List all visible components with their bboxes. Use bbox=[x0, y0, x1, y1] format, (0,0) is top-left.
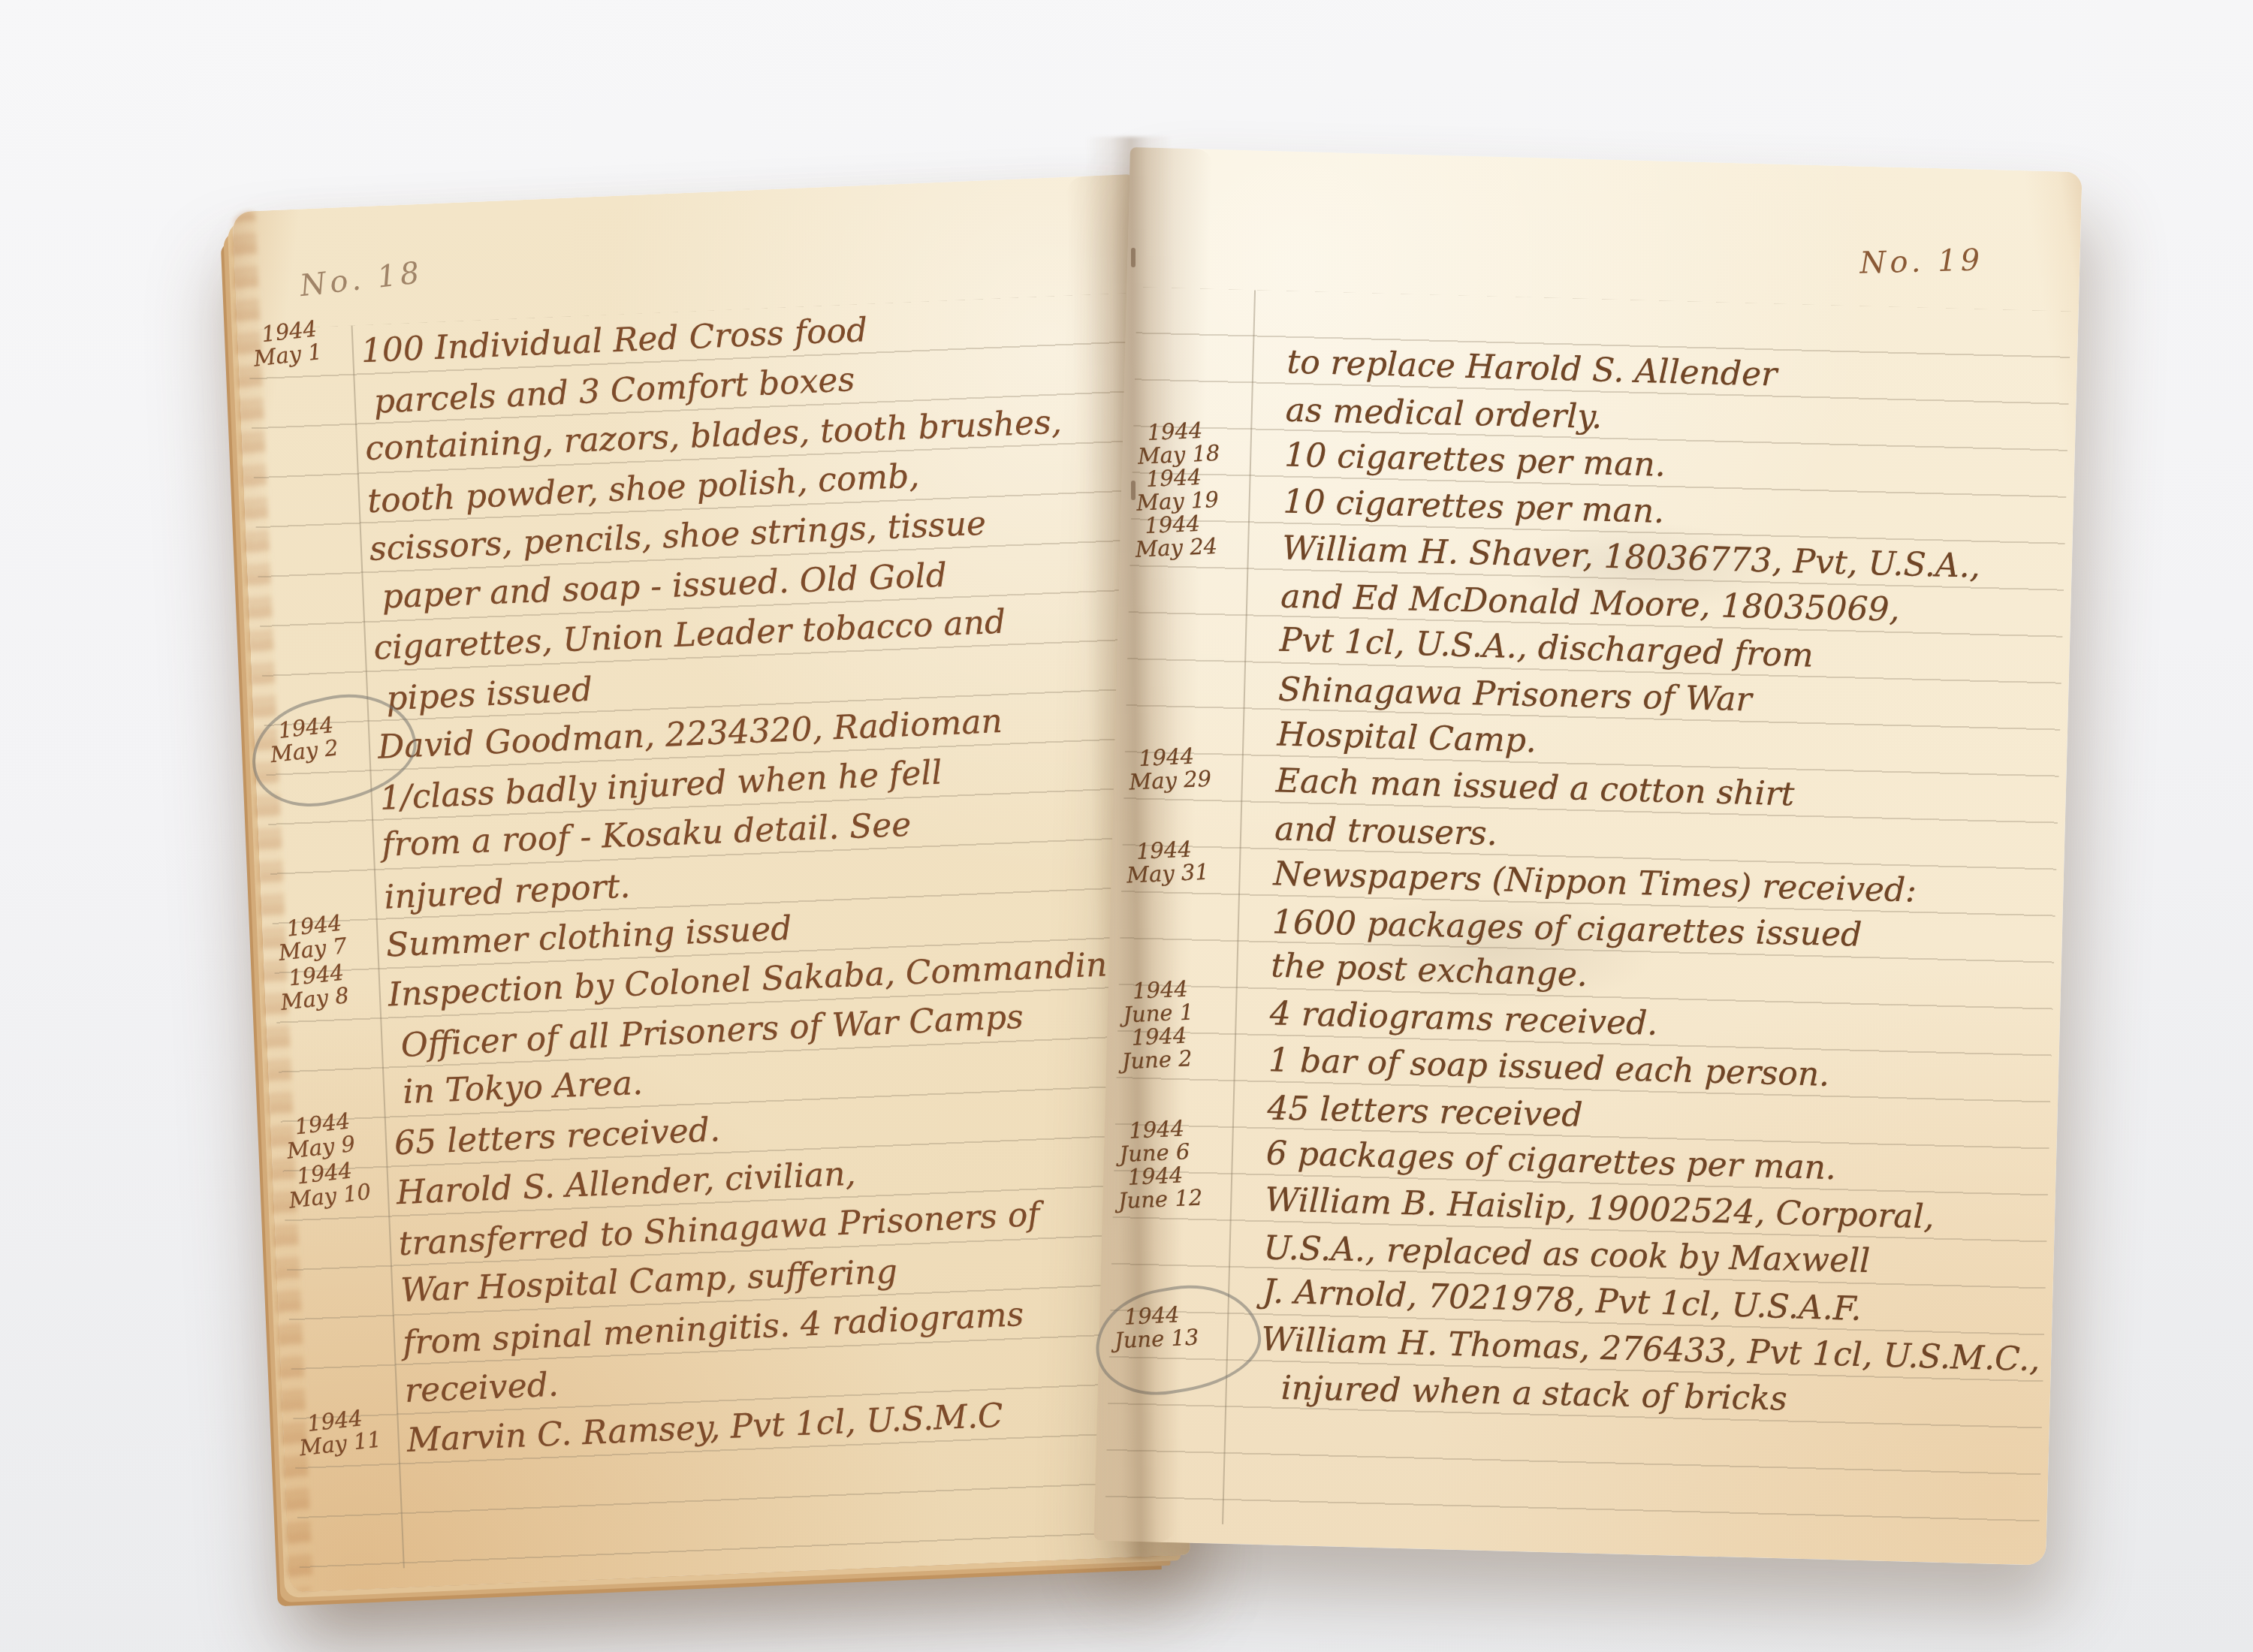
entry-date: 1944May 8 bbox=[278, 968, 381, 1014]
entry-day: June 2 bbox=[1121, 1045, 1236, 1074]
log-entry: 1944May 2David Goodman, 2234320, Radioma… bbox=[269, 691, 1145, 925]
log-entry: 1944May 1100 Individual Red Cross food p… bbox=[252, 295, 1136, 728]
entry-day: May 2 bbox=[269, 733, 370, 767]
entry-date: 1944June 13 bbox=[1114, 1312, 1229, 1353]
log-entry: 1944June 12William B. Haislip, 19002524,… bbox=[1114, 1173, 2037, 1337]
binding-stitch bbox=[1131, 481, 1136, 500]
entry-date: 1944May 11 bbox=[297, 1413, 400, 1460]
entry-date: 1944June 2 bbox=[1120, 1032, 1236, 1074]
log-entry: 1944May 10Harold S. Allender, civilian,t… bbox=[288, 1137, 1166, 1421]
entry-date: 1944May 24 bbox=[1134, 520, 1250, 562]
entry-text: to replace Harold S. Allenderas medical … bbox=[1252, 338, 2059, 452]
entry-text: David Goodman, 2234320, Radioman1/class … bbox=[368, 691, 1145, 921]
entry-year: 1944 bbox=[277, 710, 368, 743]
entry-text: Inspection by Colonel Sakaba, Commanding… bbox=[379, 939, 1153, 1120]
entry-date: 1944May 1 bbox=[251, 324, 354, 370]
right-page: No. 19 to replace Harold S. Allenderas m… bbox=[1093, 147, 2082, 1566]
entry-date: 1944May 2 bbox=[268, 720, 371, 767]
binding-stitch bbox=[1131, 248, 1136, 267]
entry-day: May 31 bbox=[1126, 859, 1241, 888]
entry-text: William B. Haislip, 19002524, Corporal,U… bbox=[1229, 1176, 2037, 1337]
entry-day: June 13 bbox=[1114, 1325, 1229, 1353]
entry-year bbox=[1151, 324, 1254, 328]
entry-day: June 12 bbox=[1117, 1185, 1232, 1213]
notebook: No. 18 1944May 1100 Individual Red Cross… bbox=[0, 0, 2253, 1652]
entry-date: 1944June 1 bbox=[1122, 986, 1238, 1027]
photo-background: { "photo": { "subject": "Open handwritte… bbox=[0, 0, 2253, 1652]
entry-date: 1944May 31 bbox=[1126, 846, 1241, 888]
entry-day bbox=[1140, 324, 1254, 329]
entry-text: Newspapers (Nippon Times) received:1600 … bbox=[1238, 850, 2046, 1011]
right-page-entries: to replace Harold S. Allenderas medical … bbox=[1093, 147, 2082, 1566]
entry-date: 1944June 6 bbox=[1118, 1126, 1234, 1167]
left-page-entries: 1944May 1100 Individual Red Cross food p… bbox=[232, 174, 1190, 1593]
entry-date: 1944May 18 bbox=[1137, 427, 1253, 469]
log-entry: 1944May 24William H. Shaver, 18036773, P… bbox=[1130, 521, 2055, 778]
log-entry: 1944May 31Newspapers (Nippon Times) rece… bbox=[1123, 847, 2046, 1011]
entry-day: May 29 bbox=[1129, 766, 1244, 794]
entry-year: 1944 bbox=[1123, 1301, 1228, 1329]
entry-day: May 24 bbox=[1135, 533, 1250, 562]
entry-text: William H. Shaver, 18036773, Pvt, U.S.A.… bbox=[1244, 524, 2055, 778]
entry-text: 100 Individual Red Cross food parcels an… bbox=[351, 295, 1136, 723]
entry-text: Harold S. Allender, civilian,transferred… bbox=[387, 1137, 1166, 1417]
entry-date bbox=[1140, 334, 1254, 339]
entry-date: 1944May 29 bbox=[1128, 753, 1244, 794]
entry-date: 1944May 10 bbox=[286, 1165, 389, 1212]
left-page: No. 18 1944May 1100 Individual Red Cross… bbox=[232, 174, 1190, 1593]
entry-date: 1944June 12 bbox=[1117, 1172, 1233, 1213]
entry-date: 1944May 19 bbox=[1136, 474, 1251, 515]
